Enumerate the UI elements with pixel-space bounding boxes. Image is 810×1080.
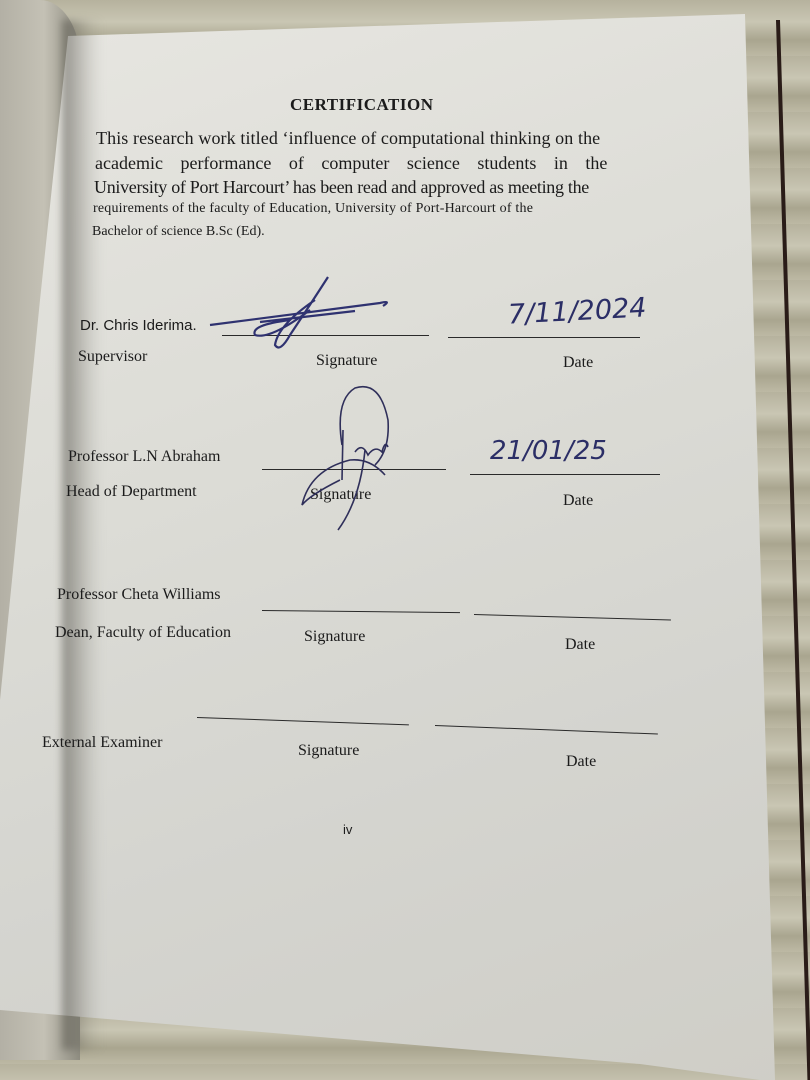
dean-signature-line — [262, 610, 460, 613]
supervisor-name: Dr. Chris Iderima. — [80, 317, 197, 334]
dean-role: Dean, Faculty of Education — [55, 624, 231, 642]
hod-date-line — [470, 474, 660, 475]
external-examiner-date-label: Date — [566, 753, 596, 771]
supervisor-date-line — [448, 337, 640, 338]
body-line-3: University of Port Harcourt’ has been re… — [94, 177, 589, 198]
dean-signature-label: Signature — [304, 628, 365, 646]
external-examiner-role: External Examiner — [42, 734, 162, 752]
certification-content: CERTIFICATION This research work titled … — [0, 0, 810, 1080]
external-examiner-signature-line — [197, 717, 409, 726]
body-line-4: requirements of the faculty of Education… — [93, 201, 533, 217]
external-examiner-date-line — [435, 725, 658, 735]
body-line-5: Bachelor of science B.Sc (Ed). — [92, 224, 265, 240]
body-line-2: academic performance of computer science… — [95, 153, 607, 174]
supervisor-signature — [200, 275, 440, 355]
body-line-1: This research work titled ‘influence of … — [96, 128, 600, 149]
dean-name: Professor Cheta Williams — [57, 586, 220, 604]
dean-date-line — [474, 614, 671, 621]
hod-name: Professor L.N Abraham — [68, 448, 220, 466]
supervisor-handwritten-date: 7/11/2024 — [507, 292, 647, 330]
page-title: CERTIFICATION — [290, 95, 434, 115]
page-number: iv — [343, 822, 352, 837]
hod-date-label: Date — [563, 492, 593, 510]
supervisor-date-label: Date — [563, 354, 593, 372]
hod-signature — [280, 380, 420, 540]
supervisor-role: Supervisor — [78, 348, 147, 366]
hod-role: Head of Department — [66, 483, 197, 501]
external-examiner-signature-label: Signature — [298, 742, 359, 760]
hod-handwritten-date: 21/01/25 — [490, 436, 607, 466]
dean-date-label: Date — [565, 636, 595, 654]
